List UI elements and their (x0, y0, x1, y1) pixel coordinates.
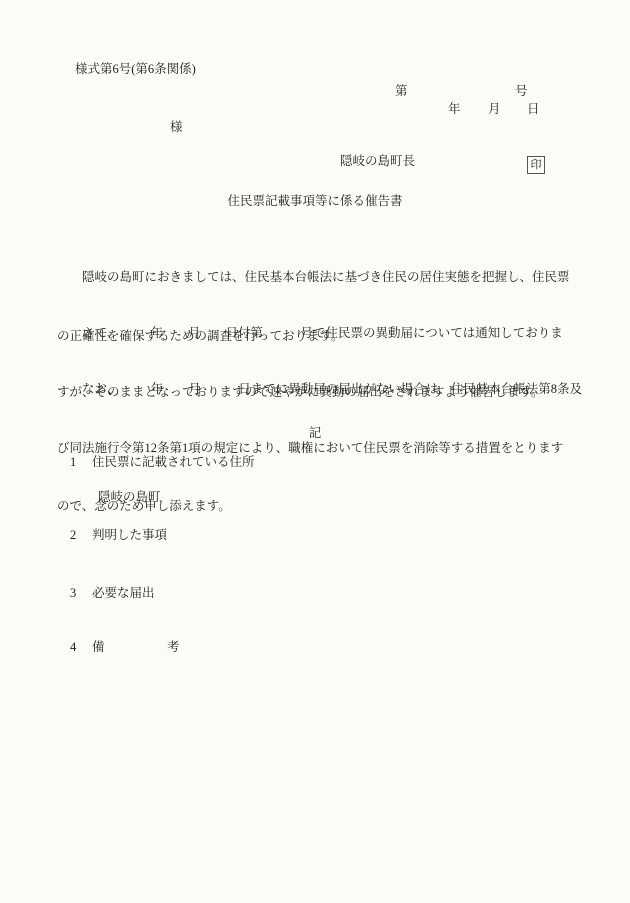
form-number: 様式第6号(第6条関係) (75, 60, 196, 80)
seal-box: 印 (527, 156, 545, 174)
annex-item-4-label: 備 考 (92, 638, 180, 658)
sender-title: 隠岐の島町長 (340, 152, 415, 172)
annex-item-1-label: 住民票に記載されている住所 (92, 453, 255, 473)
date-year-label: 年 (448, 100, 461, 120)
addressee-suffix: 様 (170, 118, 183, 138)
annex-item-3-number: 3 (70, 584, 76, 604)
doc-number-suffix: 号 (515, 82, 528, 102)
annex-item-1-value: 隠岐の島町 (98, 488, 161, 508)
document-page: 様式第6号(第6条関係) 第 号 年 月 日 様 隠岐の島町長 印 住民票記載事… (0, 0, 630, 903)
annex-item-3-label: 必要な届出 (92, 584, 155, 604)
annex-item-1-number: 1 (70, 453, 76, 473)
annex-item-2-label: 判明した事項 (92, 526, 167, 546)
annex-marker: 記 (0, 424, 630, 444)
doc-number-prefix: 第 (395, 82, 408, 102)
date-month-label: 月 (488, 100, 501, 120)
annex-item-2-number: 2 (70, 526, 76, 546)
paragraph-3: なお、 年 月 日までに異動届の届出がない場合は、住民基本台帳法第8条及 び同法… (57, 341, 582, 556)
paragraph-3-line-1: なお、 年 月 日までに異動届の届出がない場合は、住民基本台帳法第8条及 (57, 380, 582, 400)
document-title: 住民票記載事項等に係る催告書 (0, 192, 630, 212)
date-day-label: 日 (527, 100, 540, 120)
annex-item-4-number: 4 (70, 638, 76, 658)
